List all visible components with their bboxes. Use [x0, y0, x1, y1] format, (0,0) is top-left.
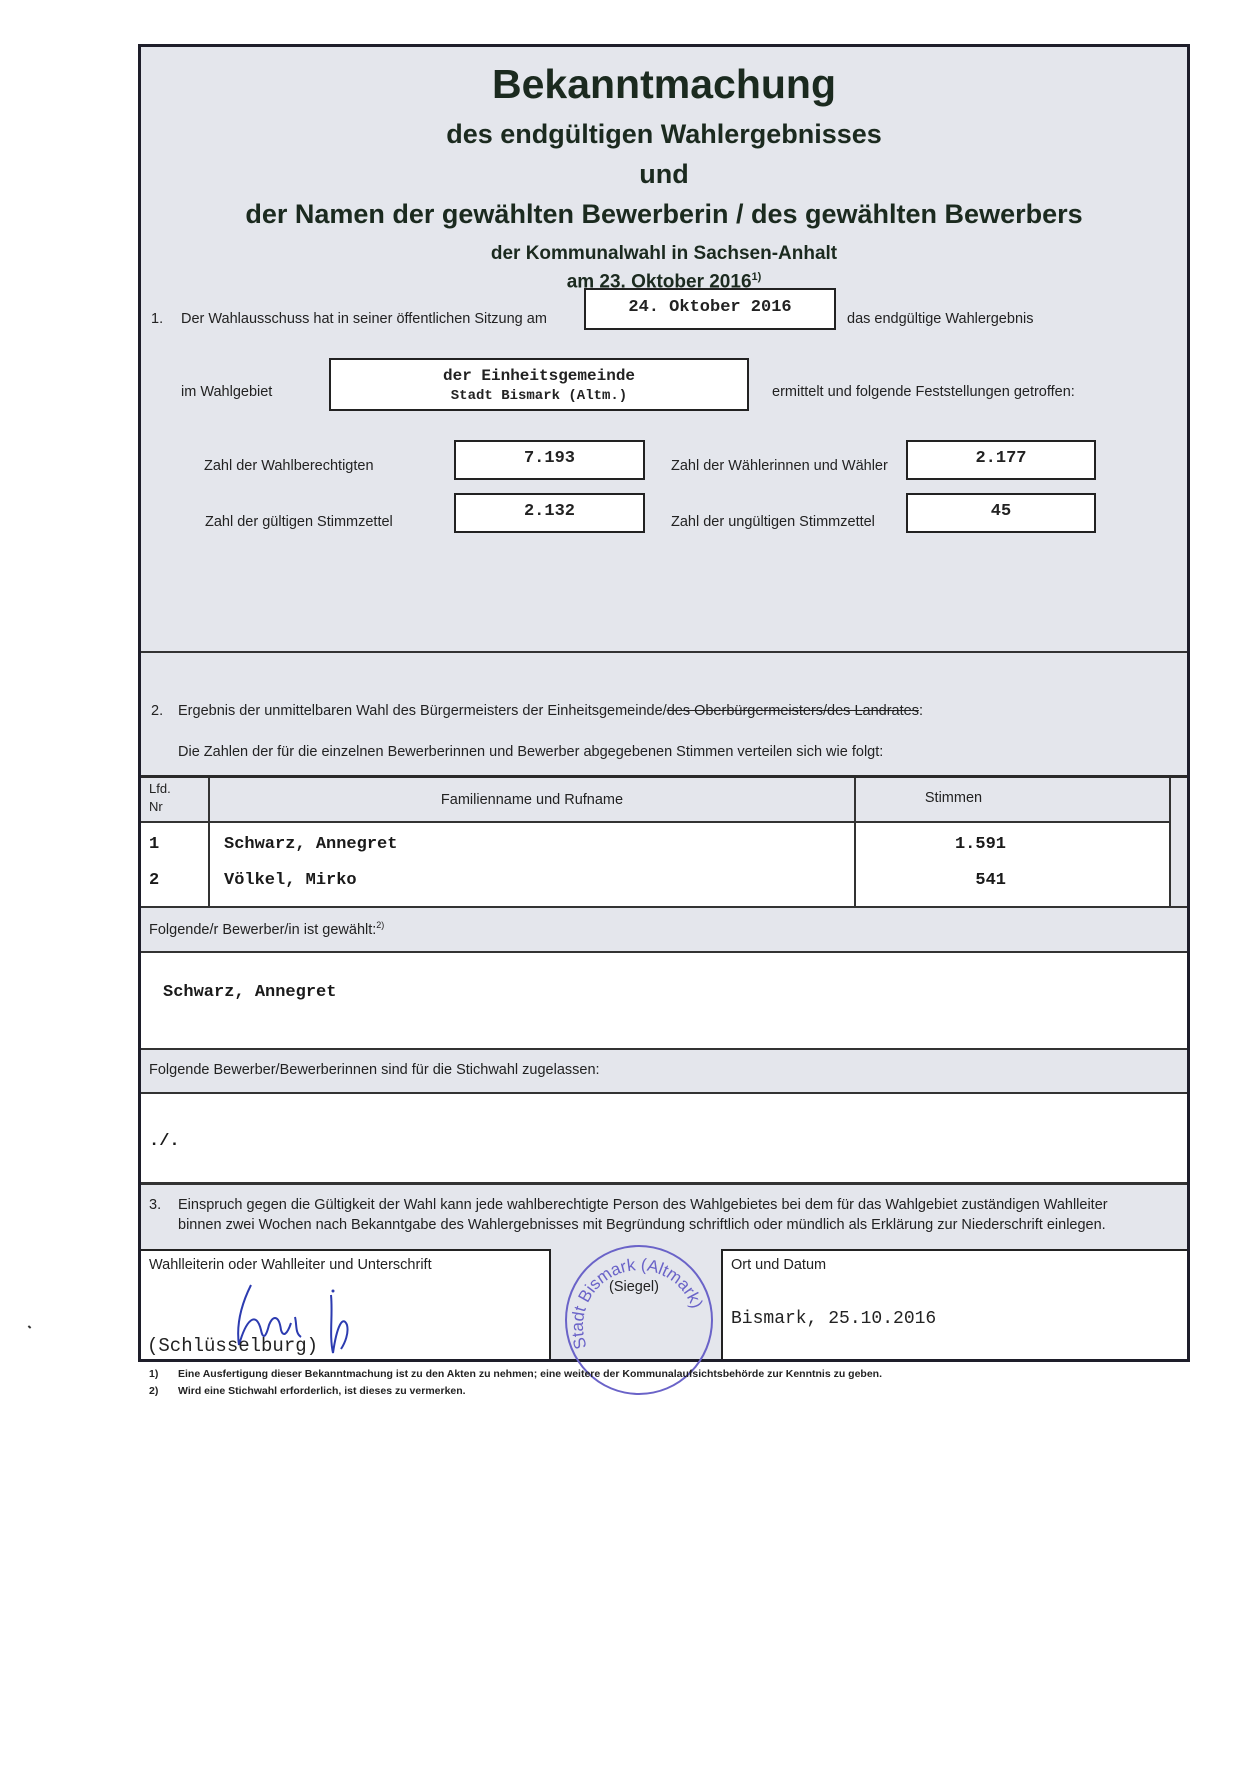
- col-header-nr-line2: Nr: [149, 798, 171, 816]
- area-line-1: der Einheitsgemeinde: [331, 366, 747, 386]
- section1-text-before: Der Wahlausschuss hat in seiner öffentli…: [181, 311, 547, 327]
- divider: [141, 1182, 1187, 1185]
- place-date-box: Ort und Datum Bismark, 25.10.2016: [721, 1249, 1187, 1359]
- stat-value-valid: 2.132: [454, 493, 645, 533]
- col-divider-3: [1169, 778, 1171, 908]
- footnote-2-text: Wird eine Stichwahl erforderlich, ist di…: [178, 1385, 466, 1397]
- document-title: Bekanntmachung: [141, 61, 1187, 108]
- section1-text-after: das endgültige Wahlergebnis: [847, 311, 1033, 327]
- scan-artifact: [28, 1325, 32, 1328]
- signature-box: Wahlleiterin oder Wahlleiter und Untersc…: [141, 1249, 551, 1359]
- table-body: 1 Schwarz, Annegret 1.591 2 Völkel, Mirk…: [141, 821, 1171, 908]
- row-2-votes: 541: [856, 871, 1006, 890]
- elected-label-text: Folgende/r Bewerber/in ist gewählt:: [149, 922, 376, 938]
- stat-label-invalid: Zahl der ungültigen Stimmzettel: [671, 514, 875, 530]
- footnote-ref-1: 1): [752, 271, 762, 283]
- col-divider-2: [854, 778, 856, 908]
- area-line-2: Stadt Bismark (Altm.): [331, 386, 747, 406]
- section3-line-2: binnen zwei Wochen nach Bekanntgabe des …: [178, 1217, 1106, 1233]
- footnote-2-mark: 2): [149, 1385, 158, 1397]
- row-1-nr: 1: [149, 835, 159, 854]
- session-date-field: 24. Oktober 2016: [584, 288, 836, 330]
- place-date-value: Bismark, 25.10.2016: [731, 1309, 936, 1329]
- col-header-votes: Stimmen: [856, 790, 1051, 806]
- subtitle-line-2: des endgültigen Wahlergebnisses: [141, 119, 1187, 150]
- col-header-name: Familienname und Rufname: [208, 792, 856, 808]
- subtitle-line-3: und: [141, 159, 1187, 190]
- section1-number: 1.: [151, 311, 163, 327]
- seal-text: Stadt Bismark (Altmark): [568, 1255, 707, 1351]
- runoff-label: Folgende Bewerber/Bewerberinnen sind für…: [149, 1062, 600, 1078]
- stat-label-valid: Zahl der gültigen Stimmzettel: [205, 514, 393, 530]
- row-2-nr: 2: [149, 871, 159, 890]
- section-divider: [141, 651, 1187, 653]
- footnote-1-text: Eine Ausfertigung dieser Bekanntmachung …: [178, 1368, 882, 1380]
- table-header: Lfd.Nr Familienname und Rufname Stimmen: [141, 778, 1171, 821]
- col-divider-1: [208, 778, 210, 908]
- section2-text: Ergebnis der unmittelbaren Wahl des Bürg…: [178, 703, 923, 719]
- runoff-value: ./.: [149, 1132, 180, 1151]
- subtitle-line-5: der Kommunalwahl in Sachsen-Anhalt: [141, 243, 1187, 265]
- footnote-ref-2: 2): [376, 920, 384, 930]
- stat-value-invalid: 45: [906, 493, 1096, 533]
- signature-label: Wahlleiterin oder Wahlleiter und Untersc…: [149, 1257, 432, 1273]
- svg-text:Stadt Bismark (Altmark): Stadt Bismark (Altmark): [568, 1255, 707, 1351]
- runoff-field: ./.: [141, 1094, 1187, 1182]
- subtitle-line-4: der Namen der gewählten Bewerberin / des…: [141, 199, 1187, 230]
- section2-number: 2.: [151, 703, 163, 719]
- row-1-name: Schwarz, Annegret: [224, 835, 397, 854]
- section2-text-end: :: [919, 703, 923, 719]
- signer-name: (Schlüsselburg): [147, 1335, 318, 1357]
- stat-value-eligible: 7.193: [454, 440, 645, 480]
- area-label: im Wahlgebiet: [181, 384, 272, 400]
- footnote-1-mark: 1): [149, 1368, 158, 1380]
- section2-text-main: Ergebnis der unmittelbaren Wahl des Bürg…: [178, 703, 667, 719]
- row-1-votes: 1.591: [856, 835, 1006, 854]
- place-date-label: Ort und Datum: [731, 1257, 826, 1273]
- section2-text-struck: des Oberbürgermeisters/des Landrates: [667, 703, 919, 719]
- area-after-text: ermittelt und folgende Feststellungen ge…: [772, 384, 1075, 400]
- row-2-name: Völkel, Mirko: [224, 871, 357, 890]
- divider: [141, 1048, 1187, 1050]
- stat-value-voters: 2.177: [906, 440, 1096, 480]
- area-field: der Einheitsgemeinde Stadt Bismark (Altm…: [329, 358, 749, 411]
- section3-number: 3.: [149, 1197, 161, 1213]
- col-header-nr-line1: Lfd.: [149, 780, 171, 798]
- elected-name: Schwarz, Annegret: [163, 983, 336, 1002]
- table-bottom-border: [141, 906, 1187, 908]
- announcement-form: Bekanntmachung des endgültigen Wahlergeb…: [138, 44, 1190, 1362]
- section3-line-1: Einspruch gegen die Gültigkeit der Wahl …: [178, 1197, 1108, 1213]
- col-header-nr: Lfd.Nr: [149, 780, 171, 816]
- section2-subtext: Die Zahlen der für die einzelnen Bewerbe…: [178, 744, 883, 760]
- stat-label-eligible: Zahl der Wahlberechtigten: [204, 458, 374, 474]
- elected-label: Folgende/r Bewerber/in ist gewählt:2): [149, 920, 384, 938]
- elected-field: Schwarz, Annegret: [141, 953, 1187, 1048]
- stat-label-voters: Zahl der Wählerinnen und Wähler: [671, 458, 888, 474]
